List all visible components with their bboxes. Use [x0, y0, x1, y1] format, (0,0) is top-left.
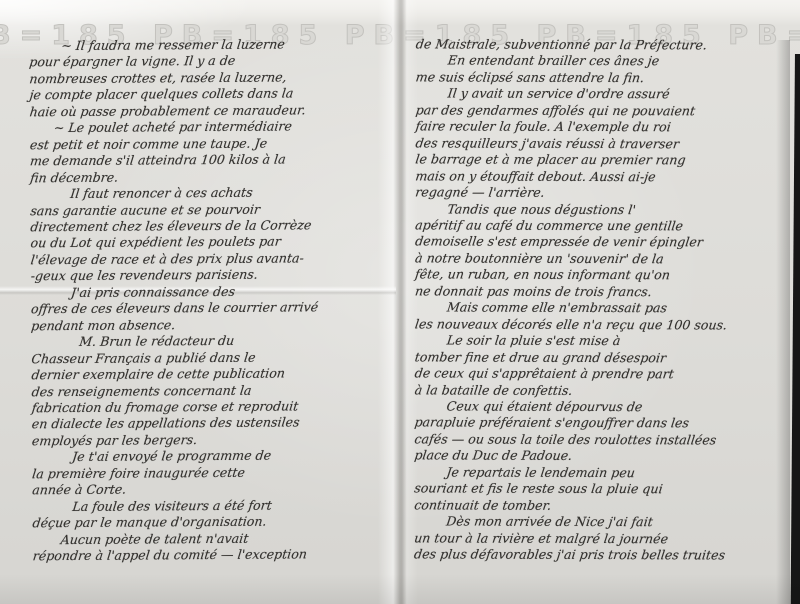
handwritten-line: par des gendarmes affolés qui ne pouvaie… — [415, 102, 791, 120]
handwritten-line: Il faut renoncer à ces achats — [29, 184, 395, 203]
handwritten-line: Il y avait un service d'ordre assuré — [415, 86, 791, 104]
handwritten-line: M. Brun le rédacteur du — [30, 332, 396, 351]
bottom-shade — [0, 574, 800, 604]
handwritten-line: le barrage et à me placer au premier ran… — [414, 152, 790, 170]
handwritten-line: des resquilleurs j'avais réussi à traver… — [415, 135, 791, 153]
handwritten-line: parapluie préféraient s'engouffrer dans … — [414, 415, 790, 433]
handwritten-line: regagné — l'arrière. — [414, 184, 790, 202]
handwritten-line: les nouveaux décorés elle n'a reçu que 1… — [414, 316, 790, 334]
letter-page-left: ~ Il faudra me ressemer la luzernepour é… — [28, 36, 396, 565]
letter-page-right: de Maistrale, subventionné par la Préfec… — [413, 36, 789, 564]
handwritten-line: ne donnait pas moins de trois francs. — [414, 283, 790, 301]
handwritten-line: Le soir la pluie s'est mise à — [414, 333, 790, 351]
handwritten-line: cafés — ou sous la toile des roulottes i… — [413, 431, 789, 449]
handwritten-line: Tandis que nous dégustions l' — [414, 201, 790, 219]
handwritten-line: tomber fine et drue au grand désespoir — [414, 349, 790, 367]
right-edge-shadow — [776, 40, 790, 604]
handwritten-line: demoiselle s'est empressée de venir épin… — [414, 234, 790, 252]
handwritten-line: Ceux qui étaient dépourvus de — [414, 398, 790, 416]
handwritten-line: répondre à l'appel du comité — l'excepti… — [32, 546, 398, 565]
handwritten-line: des plus défavorables j'ai pris trois be… — [413, 546, 789, 564]
handwritten-line: mais on y étouffait debout. Aussi ai-je — [414, 168, 790, 186]
handwritten-line: Je repartais le lendemain peu — [413, 464, 789, 482]
handwritten-line: de Maistrale, subventionné par la Préfec… — [415, 36, 791, 54]
handwritten-line: place du Duc de Padoue. — [413, 448, 789, 466]
handwritten-line: fête, un ruban, en nous informant qu'on — [414, 267, 790, 285]
handwritten-line: dernier exemplaire de cette publication — [31, 365, 397, 384]
handwritten-line: Dès mon arrivée de Nice j'ai fait — [413, 513, 789, 531]
scanned-letter: B=185 PB=185 PB=185 PB=185 PB=185 P ~ Il… — [0, 0, 800, 604]
handwritten-line: En entendant brailler ces ânes je — [415, 53, 791, 71]
handwritten-line: Mais comme elle n'embrassait pas — [414, 300, 790, 318]
handwritten-line: à notre boutonnière un 'souvenir' de la — [414, 250, 790, 268]
handwritten-line: de ceux qui s'apprêtaient à prendre part — [414, 365, 790, 383]
handwritten-line: souriant et fis le reste sous la pluie q… — [413, 481, 789, 499]
handwritten-line: faire reculer la foule. A l'exemple du r… — [415, 119, 791, 137]
handwritten-line: à la bataille de confettis. — [414, 382, 790, 400]
handwritten-line: déçue par le manque d'organisation. — [32, 513, 398, 532]
handwritten-line: me suis éclipsé sans attendre la fin. — [415, 69, 791, 87]
handwritten-line: me demande s'il atteindra 100 kilos à la — [29, 151, 395, 170]
handwritten-line: un tour à la rivière et malgré la journé… — [413, 530, 789, 548]
handwritten-line: continuait de tomber. — [413, 497, 789, 515]
handwritten-line: apéritif au café du commerce une gentill… — [414, 217, 790, 235]
